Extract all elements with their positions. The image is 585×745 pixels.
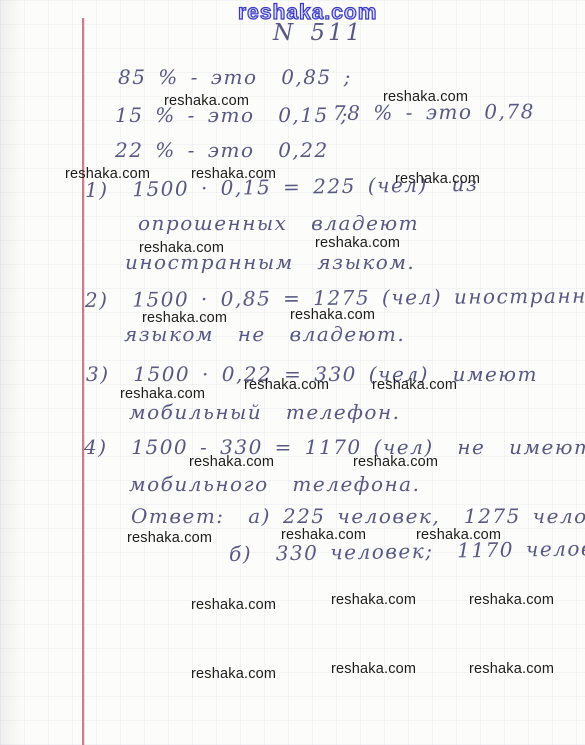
margin-line: [82, 18, 84, 745]
step-1-text-1: опрошенных владеют: [138, 210, 419, 236]
watermark: reshaka.com: [416, 527, 501, 543]
watermark: reshaka.com: [164, 93, 249, 109]
conversion-22: 22 % - это 0,22: [115, 137, 329, 163]
problem-number: N 511: [273, 20, 363, 46]
watermark: reshaka.com: [191, 166, 276, 182]
watermark: reshaka.com: [139, 240, 224, 256]
watermark: reshaka.com: [315, 235, 400, 251]
watermark: reshaka.com: [469, 592, 554, 608]
watermark: reshaka.com: [191, 597, 276, 613]
watermark: reshaka.com: [189, 454, 274, 470]
step-4-text: мобильного телефона.: [129, 471, 420, 497]
watermark: reshaka.com: [65, 166, 150, 182]
scan-edge-shade: [0, 0, 22, 745]
watermark: reshaka.com: [120, 386, 205, 402]
watermark: reshaka.com: [372, 377, 457, 393]
watermark: reshaka.com: [127, 530, 212, 546]
conversion-85: 85 % - это 0,85 ;: [118, 64, 352, 90]
step-3-text: мобильный телефон.: [129, 399, 401, 425]
watermark: reshaka.com: [469, 661, 554, 677]
watermark: reshaka.com: [353, 454, 438, 470]
watermark: reshaka.com: [290, 307, 375, 323]
watermark: reshaka.com: [191, 666, 276, 682]
watermark: reshaka.com: [281, 527, 366, 543]
watermark: reshaka.com: [331, 592, 416, 608]
answer-line-a: Ответ: а) 225 человек, 1275 человек: [131, 503, 585, 529]
watermark: reshaka.com: [244, 377, 329, 393]
watermark: reshaka.com: [395, 171, 480, 187]
watermark: reshaka.com: [383, 89, 468, 105]
watermark: reshaka.com: [331, 661, 416, 677]
notebook-page: { "watermark_text": "reshaka.com", "colo…: [0, 0, 585, 745]
step-4-calc: 4) 1500 - 330 = 1170 (чел) не имеют: [84, 434, 585, 460]
watermark: reshaka.com: [142, 310, 227, 326]
